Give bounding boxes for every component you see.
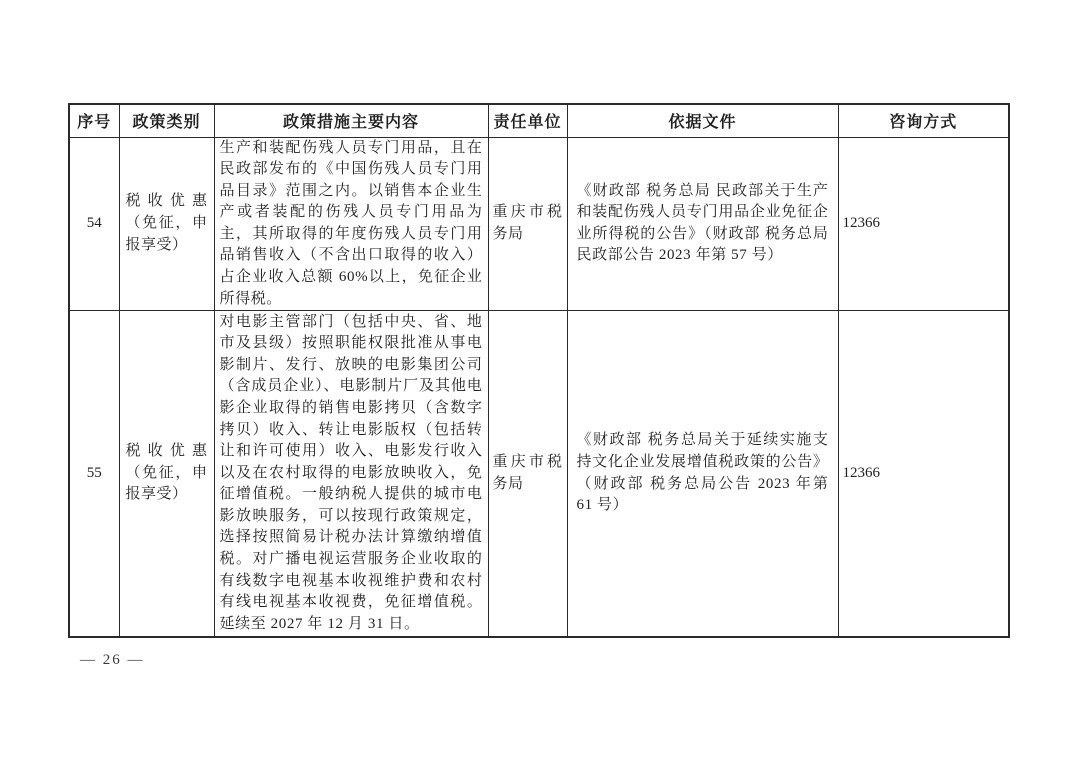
cell-main-content: 生产和装配伤残人员专门用品，且在民政部发布的《中国伤残人员专门用品目录》范围之内…	[214, 137, 488, 311]
document-page: 序号 政策类别 政策措施主要内容 责任单位 依据文件 咨询方式 54 税收优惠（…	[0, 0, 1074, 757]
cell-main-content: 对电影主管部门（包括中央、省、地市及县级）按照职能权限批准从事电影制片、发行、放…	[214, 311, 488, 637]
page-number: — 26 —	[80, 652, 145, 669]
cell-seq: 54	[69, 137, 119, 311]
cell-consultation: 12366	[838, 137, 1009, 311]
cell-responsible-unit: 重庆市税务局	[488, 137, 567, 311]
column-header-consultation: 咨询方式	[838, 104, 1009, 137]
column-header-category: 政策类别	[119, 104, 214, 137]
table-row: 54 税收优惠（免征，申报享受） 生产和装配伤残人员专门用品，且在民政部发布的《…	[69, 137, 1009, 311]
cell-basis-document: 《财政部 税务总局关于延续实施支持文化企业发展增值税政策的公告》（财政部 税务总…	[567, 311, 838, 637]
cell-consultation: 12366	[838, 311, 1009, 637]
cell-responsible-unit: 重庆市税务局	[488, 311, 567, 637]
table-header-row: 序号 政策类别 政策措施主要内容 责任单位 依据文件 咨询方式	[69, 104, 1009, 137]
column-header-responsible-unit: 责任单位	[488, 104, 567, 137]
column-header-main-content: 政策措施主要内容	[214, 104, 488, 137]
cell-seq: 55	[69, 311, 119, 637]
cell-category: 税收优惠（免征，申报享受）	[119, 311, 214, 637]
column-header-seq: 序号	[69, 104, 119, 137]
column-header-basis-document: 依据文件	[567, 104, 838, 137]
policy-table: 序号 政策类别 政策措施主要内容 责任单位 依据文件 咨询方式 54 税收优惠（…	[68, 103, 1010, 638]
cell-category: 税收优惠（免征，申报享受）	[119, 137, 214, 311]
table-row: 55 税收优惠（免征，申报享受） 对电影主管部门（包括中央、省、地市及县级）按照…	[69, 311, 1009, 637]
cell-basis-document: 《财政部 税务总局 民政部关于生产和装配伤残人员专门用品企业免征企业所得税的公告…	[567, 137, 838, 311]
